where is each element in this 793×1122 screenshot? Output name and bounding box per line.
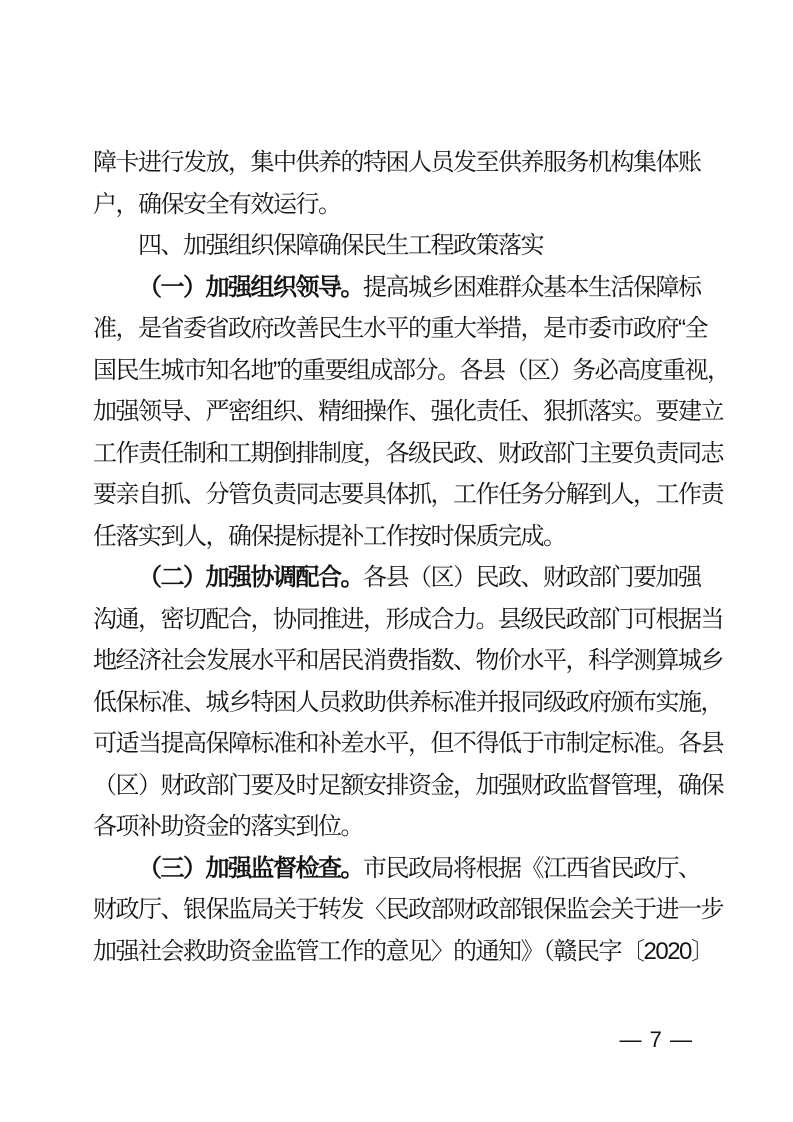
paragraph-line: （二）加强协调配合。各县（区）民政、财政部门要加强 bbox=[93, 557, 713, 599]
paragraph-line: 加强领导、严密组织、精细操作、强化责任、狠抓落实。要建立 bbox=[93, 391, 713, 433]
line-text: 可适当提高保障标准和补差水平，但不得低于市制定标准。各县 bbox=[93, 730, 723, 757]
document-page: 障卡进行发放，集中供养的特困人员发至供养服务机构集体账 户，确保安全有效运行。 … bbox=[0, 0, 793, 1122]
line-text: （区）财政部门要及时足额安排资金，加强财政监督管理，确保 bbox=[93, 772, 723, 799]
paragraph-line: 户，确保安全有效运行。 bbox=[93, 184, 713, 226]
line-text: 市民政局将根据《江西省民政厅、 bbox=[363, 855, 701, 882]
paragraph-line: 地经济社会发展水平和居民消费指数、物价水平，科学测算城乡 bbox=[93, 640, 713, 682]
line-text: 要亲自抓、分管负责同志要具体抓，工作任务分解到人，工作责 bbox=[93, 481, 723, 508]
line-text: 沟通，密切配合，协同推进，形成合力。县级民政部门可根据当 bbox=[93, 606, 723, 633]
paragraph-line: 工作责任制和工期倒排制度，各级民政、财政部门主要负责同志 bbox=[93, 433, 713, 475]
line-text: 任落实到人，确保提标提补工作按时保质完成。 bbox=[93, 523, 566, 550]
line-text: 各县（区）民政、财政部门要加强 bbox=[363, 564, 701, 591]
line-text: 财政厅、银保监局关于转发〈民政部财政部银保监会关于进一步 bbox=[93, 896, 723, 923]
line-text: 加强领导、严密组织、精细操作、强化责任、狠抓落实。要建立 bbox=[93, 398, 723, 425]
paragraph-line: 任落实到人，确保提标提补工作按时保质完成。 bbox=[93, 516, 713, 558]
line-text: 各项补助资金的落实到位。 bbox=[93, 813, 363, 840]
paragraph-line: （三）加强监督检查。市民政局将根据《江西省民政厅、 bbox=[93, 848, 713, 890]
paragraph-line: 可适当提高保障标准和补差水平，但不得低于市制定标准。各县 bbox=[93, 723, 713, 765]
page-number: — 7 — bbox=[620, 1029, 693, 1051]
section-heading: 四、加强组织保障确保民生工程政策落实 bbox=[93, 225, 713, 267]
paragraph-line: （区）财政部门要及时足额安排资金，加强财政监督管理，确保 bbox=[93, 765, 713, 807]
line-text: 加强社会救助资金监管工作的意见〉的通知》（赣民字〔2020〕 bbox=[93, 938, 713, 965]
paragraph-line: （一）加强组织领导。提高城乡困难群众基本生活保障标 bbox=[93, 267, 713, 309]
paragraph-line: 沟通，密切配合，协同推进，形成合力。县级民政部门可根据当 bbox=[93, 599, 713, 641]
line-text: 提高城乡困难群众基本生活保障标 bbox=[363, 274, 701, 301]
line-text: 地经济社会发展水平和居民消费指数、物价水平，科学测算城乡 bbox=[93, 647, 723, 674]
line-text: 国民生城市知名地”的重要组成部分。各县（区）务必高度重视， bbox=[93, 357, 730, 384]
document-body: 障卡进行发放，集中供养的特困人员发至供养服务机构集体账 户，确保安全有效运行。 … bbox=[93, 142, 713, 972]
subsection-heading: （一）加强组织领导。 bbox=[138, 274, 363, 301]
paragraph-line: 准，是省委省政府改善民生水平的重大举措，是市委市政府“全 bbox=[93, 308, 713, 350]
line-text: 工作责任制和工期倒排制度，各级民政、财政部门主要负责同志 bbox=[93, 440, 723, 467]
paragraph-line: 障卡进行发放，集中供养的特困人员发至供养服务机构集体账 bbox=[93, 142, 713, 184]
paragraph-line: 低保标准、城乡特困人员救助供养标准并报同级政府颁布实施， bbox=[93, 682, 713, 724]
paragraph-line: 加强社会救助资金监管工作的意见〉的通知》（赣民字〔2020〕 bbox=[93, 931, 713, 973]
paragraph-line: 财政厅、银保监局关于转发〈民政部财政部银保监会关于进一步 bbox=[93, 889, 713, 931]
paragraph-line: 国民生城市知名地”的重要组成部分。各县（区）务必高度重视， bbox=[93, 350, 713, 392]
line-text: 户，确保安全有效运行。 bbox=[93, 191, 341, 218]
subsection-heading: （三）加强监督检查。 bbox=[138, 855, 363, 882]
paragraph-line: 各项补助资金的落实到位。 bbox=[93, 806, 713, 848]
section-heading-text: 四、加强组织保障确保民生工程政策落实 bbox=[138, 232, 543, 259]
line-text: 低保标准、城乡特困人员救助供养标准并报同级政府颁布实施， bbox=[93, 689, 723, 716]
paragraph-line: 要亲自抓、分管负责同志要具体抓，工作任务分解到人，工作责 bbox=[93, 474, 713, 516]
subsection-heading: （二）加强协调配合。 bbox=[138, 564, 363, 591]
line-text: 障卡进行发放，集中供养的特困人员发至供养服务机构集体账 bbox=[93, 149, 701, 176]
line-text: 准，是省委省政府改善民生水平的重大举措，是市委市政府“全 bbox=[93, 315, 707, 342]
